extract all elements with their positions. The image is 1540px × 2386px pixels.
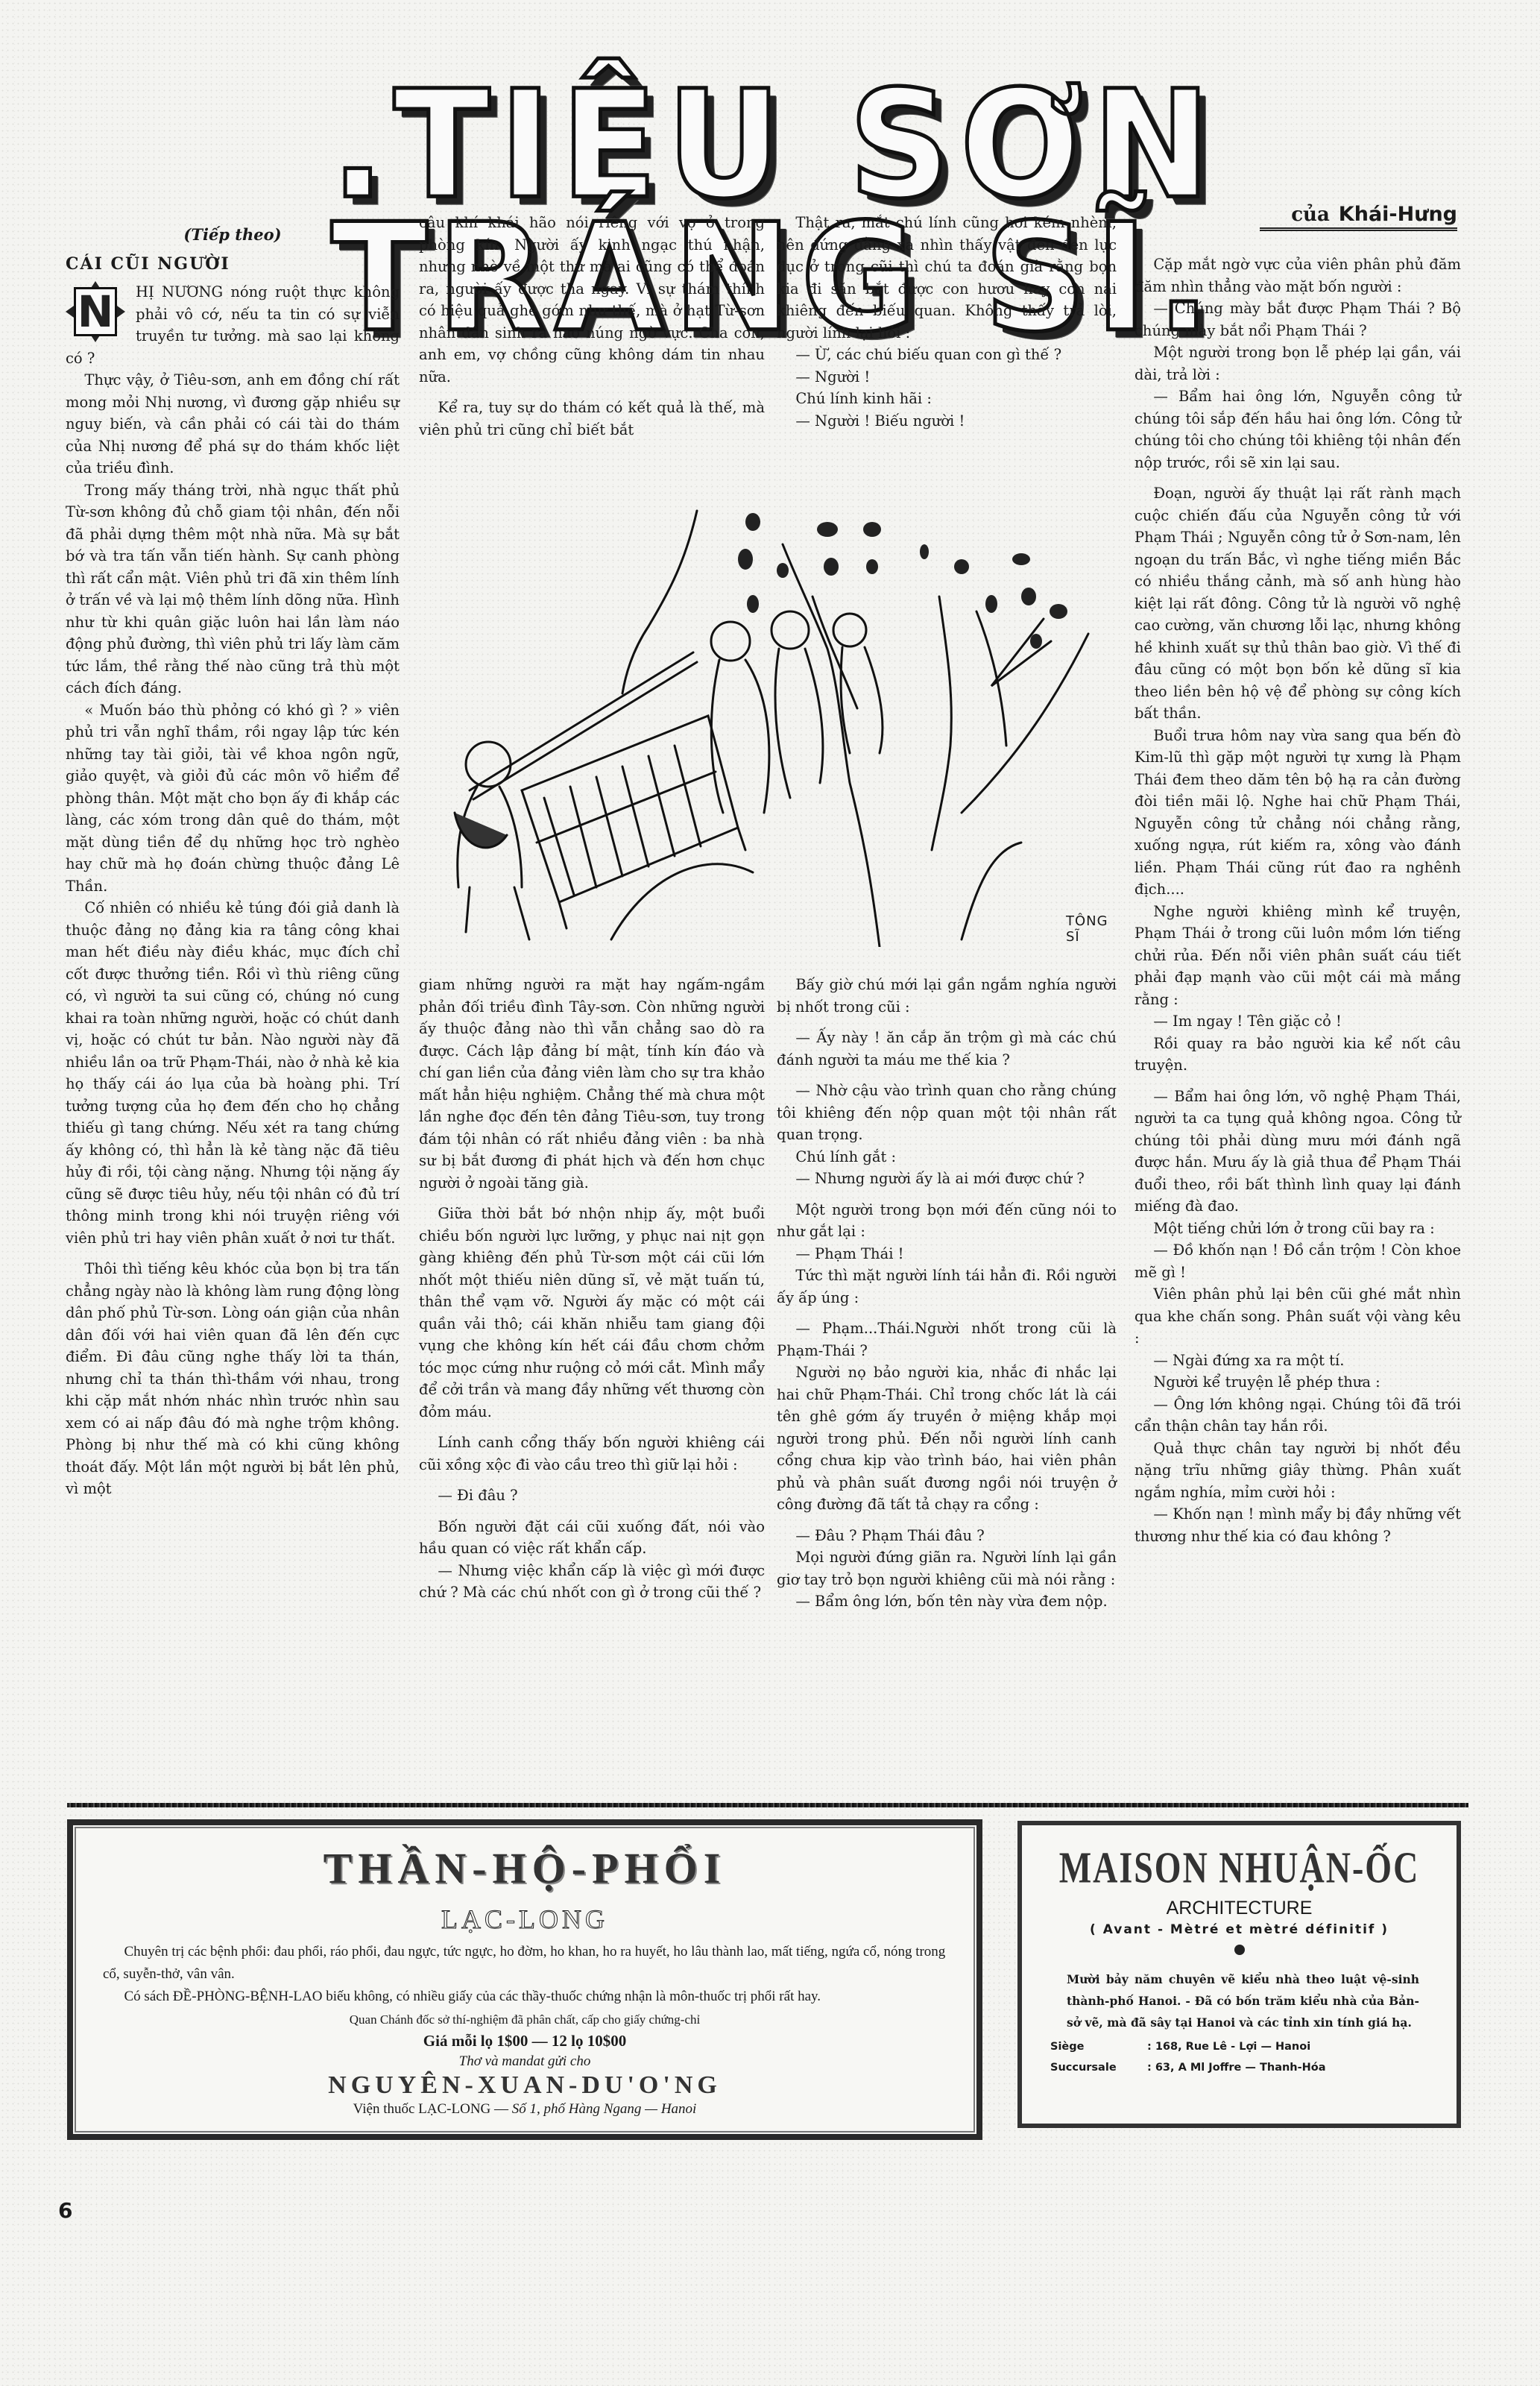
- paragraph: Bốn người đặt cái cũi xuống đất, nói vào…: [419, 1516, 765, 1560]
- paragraph: Giữa thời bắt bớ nhộn nhịp ấy, một buổi …: [419, 1203, 765, 1423]
- page-number: 6: [58, 2198, 72, 2223]
- ad-paragraph: Chuyên trị các bệnh phổi: đau phổi, ráo …: [103, 1941, 947, 1986]
- dropcap-letter: N: [74, 287, 117, 336]
- ornament-dot-icon: [1234, 1945, 1245, 1955]
- paragraph: — Nhưng việc khẩn cấp là việc gì mới đượ…: [419, 1560, 765, 1604]
- paragraph: — Ừ, các chú biếu quan con gì thế ?: [777, 344, 1117, 366]
- paragraph: Cặp mắt ngờ vực của viên phân phủ đăm đă…: [1135, 254, 1461, 298]
- paragraph: Quả thực chân tay người bị nhốt đều nặng…: [1135, 1438, 1461, 1504]
- paragraph: — Bẩm hai ông lớn, võ nghệ Phạm Thái, ng…: [1135, 1086, 1461, 1218]
- paragraph: Một tiếng chửi lớn ở trong cũi bay ra :: [1135, 1218, 1461, 1240]
- ad-body: Mười bảy năm chuyên vẽ kiểu nhà theo luậ…: [1067, 1968, 1419, 2033]
- column-3-top: Thật ra, mắt chú lính cũng hơi kém nhèm,…: [777, 212, 1117, 432]
- advertisement-maison-nhuan-oc: MAISON NHUẬN-ỐC ARCHITECTURE ( Avant - M…: [1017, 1821, 1461, 2128]
- ad-title: THẦN-HỘ-PHỔI: [73, 1843, 976, 1893]
- paragraph: Một người trong bọn lễ phép lại gần, vái…: [1135, 341, 1461, 385]
- succursale-value: : 63, A Ml Joffre — Thanh-Hóa: [1147, 2057, 1446, 2078]
- column-1: (Tiếp theo) CÁI CŨI NGƯỜI N HỊ NƯƠNG nón…: [66, 224, 400, 1500]
- paragraph: — Ấy này ! ăn cắp ăn trộm gì mà các chú …: [777, 1027, 1117, 1071]
- paragraph: Thực vậy, ở Tiêu-sơn, anh em đồng chí rấ…: [66, 369, 400, 479]
- illustration-cage-carriers: TÔNG SĨ: [425, 500, 1096, 947]
- succursale-label: Succursale: [1050, 2057, 1147, 2078]
- paragraph: — Nhờ cậu vào trình quan cho rằng chúng …: [777, 1080, 1117, 1146]
- section-divider: [67, 1803, 1468, 1807]
- paragraph: Kể ra, tuy sự do thám có kết quả là thế,…: [419, 397, 765, 441]
- paragraph: — Phạm Thái !: [777, 1243, 1117, 1265]
- ad-address: Viện thuốc LẠC-LONG — Số 1, phố Hàng Nga…: [73, 2101, 976, 2118]
- paragraph: Viên phân phủ lại bên cũi ghé mắt nhìn q…: [1135, 1283, 1461, 1350]
- paragraph: — Đâu ? Phạm Thái đâu ?: [777, 1525, 1117, 1547]
- paragraph: — Người !: [777, 366, 1117, 388]
- paragraph: Một người trong bọn mới đến cũng nói to …: [777, 1199, 1117, 1243]
- paragraph: Người kể truyện lễ phép thưa :: [1135, 1371, 1461, 1394]
- paragraph: Mọi người đứng giãn ra. Người lính lại g…: [777, 1546, 1117, 1590]
- paragraph: Người nọ bảo người kia, nhắc đi nhắc lại…: [777, 1362, 1117, 1516]
- advertisement-than-ho-phoi: THẦN-HỘ-PHỔI LẠC-LONG Chuyên trị các bện…: [67, 1819, 982, 2140]
- ad-tagline: ( Avant - Mètré et mètré définitif ): [1022, 1922, 1457, 1937]
- ad-certification: Quan Chánh đốc sở thí-nghiệm đã phân chấ…: [73, 2012, 976, 2027]
- continued-label: (Tiếp theo): [66, 224, 400, 246]
- paragraph: — Chúng mày bắt được Phạm Thái ? Bộ chún…: [1135, 298, 1461, 341]
- ad-address-plain: Viện thuốc LẠC-LONG —: [353, 2101, 512, 2117]
- paragraph: — Khốn nạn ! mình mẩy bị đầy những vết t…: [1135, 1503, 1461, 1547]
- byline-prefix: của: [1291, 204, 1330, 226]
- ad-title: MAISON NHUẬN-ỐC: [1022, 1842, 1457, 1893]
- ad-addresses: Siège : 168, Rue Lê - Lợi — Hanoi Succur…: [1050, 2036, 1446, 2078]
- ad-address-italic: Số 1, phố Hàng Ngang — Hanoi: [512, 2101, 697, 2117]
- paragraph: « Muốn báo thù phỏng có khó gì ? » viên …: [66, 699, 400, 898]
- paragraph: Thật ra, mắt chú lính cũng hơi kém nhèm,…: [777, 212, 1117, 344]
- paragraph: — Ngài đứng xa ra một tí.: [1135, 1350, 1461, 1372]
- paragraph: Chú lính kinh hãi :: [777, 388, 1117, 410]
- paragraph: — Đi đâu ?: [419, 1485, 765, 1507]
- paragraph: — Im ngay ! Tên giặc cỏ !: [1135, 1010, 1461, 1033]
- paragraph: Lính canh cổng thấy bốn người khiêng cái…: [419, 1432, 765, 1476]
- paragraph: Nghe người khiêng mình kể truyện, Phạm T…: [1135, 901, 1461, 1011]
- ad-subtitle: ARCHITECTURE: [1022, 1898, 1457, 1919]
- paragraph: Bấy giờ chú mới lại gần ngắm nghía người…: [777, 974, 1117, 1018]
- ad-price: Giá mỗi lọ 1$00 — 12 lọ 10$00: [73, 2032, 976, 2050]
- author-byline: củaKhái-Hưng: [1260, 203, 1457, 231]
- paragraph: — Đồ khốn nạn ! Đồ cắn trộm ! Còn khoe m…: [1135, 1239, 1461, 1283]
- paragraph: Trong mấy tháng trời, nhà ngục thất phủ …: [66, 479, 400, 699]
- ad-mail-to: Thơ và mandat gửi cho: [73, 2053, 976, 2070]
- paragraph: Thôi thì tiếng kêu khóc của bọn bị tra t…: [66, 1258, 400, 1500]
- ad-paragraph: Có sách ĐỀ-PHÒNG-BỆNH-LAO biếu không, có…: [103, 1986, 947, 2008]
- column-2-top: câu khí khái hão nói riêng với vợ ở tron…: [419, 212, 765, 441]
- paragraph: — Người ! Biếu người !: [777, 410, 1117, 432]
- paragraph: — Nhưng người ấy là ai mới được chứ ?: [777, 1168, 1117, 1190]
- paragraph: Buổi trưa hôm nay vừa sang qua bến đò Ki…: [1135, 725, 1461, 901]
- paragraph: Cố nhiên có nhiều kẻ túng đói giả danh l…: [66, 897, 400, 1249]
- siege-value: : 168, Rue Lê - Lợi — Hanoi: [1147, 2036, 1446, 2057]
- paragraph: Đoạn, người ấy thuật lại rất rành mạch c…: [1135, 482, 1461, 725]
- article-title: .TIÊU SƠN TRÁNG SĨ.: [97, 79, 1454, 213]
- author-name: Khái-Hưng: [1339, 203, 1457, 226]
- paragraph: — Phạm...Thái.Người nhốt trong cũi là Ph…: [777, 1318, 1117, 1362]
- column-4: Cặp mắt ngờ vực của viên phân phủ đăm đă…: [1135, 254, 1461, 1547]
- ad-contact-name: NGUYÊN-XUAN-DU'O'NG: [73, 2071, 976, 2100]
- paragraph: Rồi quay ra bảo người kia kể nốt câu tru…: [1135, 1033, 1461, 1077]
- paragraph: câu khí khái hão nói riêng với vợ ở tron…: [419, 212, 765, 388]
- paragraph: — Bẩm hai ông lớn, Nguyễn công tử chúng …: [1135, 385, 1461, 473]
- column-3-bottom: Bấy giờ chú mới lại gần ngắm nghía người…: [777, 974, 1117, 1613]
- ad-subtitle: LẠC-LONG: [73, 1904, 976, 1935]
- paragraph: giam những người ra mặt hay ngấm-ngầm ph…: [419, 974, 765, 1194]
- paragraph: — Ông lớn không ngại. Chúng tôi đã trói …: [1135, 1394, 1461, 1438]
- illustrator-signature: TÔNG SĨ: [1066, 913, 1108, 945]
- paragraph: Tức thì mặt người lính tái hẳn đi. Rồi n…: [777, 1265, 1117, 1309]
- siege-label: Siège: [1050, 2036, 1147, 2057]
- paragraph: — Bẩm ông lớn, bốn tên này vừa đem nộp.: [777, 1590, 1117, 1613]
- dropcap-ornament: N: [66, 281, 125, 342]
- column-2-bottom: giam những người ra mặt hay ngấm-ngầm ph…: [419, 974, 765, 1604]
- ad-body: Chuyên trị các bệnh phổi: đau phổi, ráo …: [103, 1941, 947, 2008]
- paragraph: Chú lính gắt :: [777, 1146, 1117, 1168]
- chapter-heading: CÁI CŨI NGƯỜI: [66, 254, 400, 276]
